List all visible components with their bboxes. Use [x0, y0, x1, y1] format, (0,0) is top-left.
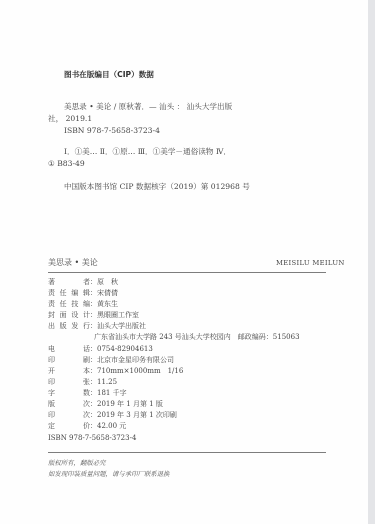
row-value: 2019 年 1 月第 1 版 — [97, 400, 163, 409]
row-label: 电 话 — [48, 345, 90, 354]
row-value: 0754-82904613 — [97, 345, 153, 354]
cip-data-number: 中国版本图书馆 CIP 数据核字（2019）第 012968 号 — [64, 182, 250, 192]
row-label: 字 数 — [48, 389, 90, 398]
row-value: 北京市金星印务有限公司 — [97, 356, 174, 365]
cip-classification-line2: ① B83-49 — [48, 159, 85, 169]
row-label: 责任编辑 — [48, 289, 90, 298]
row-label: 版 次 — [48, 400, 90, 409]
row-label: 著 者 — [48, 278, 90, 287]
row-label: 印 张 — [48, 378, 90, 387]
cip-isbn: ISBN 978-7-5658-3723-4 — [64, 126, 160, 136]
colophon-row: 开 本：710mm×1000mm 1/16 — [48, 367, 183, 376]
colophon-row: 责任技编：黄东生 — [48, 300, 118, 309]
colophon-row: 著 者：原 秋 — [48, 278, 118, 287]
row-value: 汕头大学出版社 — [97, 322, 146, 331]
row-value: 2019 年 3 月第 1 次印刷 — [97, 411, 177, 420]
book-title-pinyin: MEISILU MEILUN — [276, 258, 345, 268]
colophon-row: 版 次：2019 年 1 月第 1 版 — [48, 400, 163, 409]
row-label: 责任技编 — [48, 300, 90, 309]
footer-rule — [48, 452, 326, 453]
row-value: 181 千字 — [97, 389, 127, 398]
cip-entry-line1: 美思录 • 美论 / 原秋著．— 汕头 ： 汕头大学出版 — [64, 102, 232, 112]
colophon-row: 电 话：0754-82904613 — [48, 345, 153, 354]
copyright-notice: 版权所有，翻版必究 — [48, 458, 106, 467]
print-quality-notice: 如发现印装质量问题，请与承印厂联系退换 — [48, 469, 169, 478]
scrollbar-track[interactable] — [368, 0, 375, 524]
header-rule — [48, 272, 326, 273]
row-label: 印 次 — [48, 411, 90, 420]
colophon-address: 广东省汕头市大学路 243 号汕头大学校园内 邮政编码：515063 — [94, 333, 300, 342]
row-value: 黄东生 — [97, 300, 118, 309]
copyright-page: 图书在版编目（CIP）数据 美思录 • 美论 / 原秋著．— 汕头 ： 汕头大学… — [0, 0, 368, 524]
row-label: 封面设计 — [48, 311, 90, 320]
row-value: 黑眼圈工作室 — [97, 311, 139, 320]
row-value: 广东省汕头市大学路 243 号汕头大学校园内 邮政编码：515063 — [94, 333, 300, 342]
colophon-row: 出版发行：汕头大学出版社 — [48, 322, 146, 331]
cip-title: 图书在版编目（CIP）数据 — [64, 70, 154, 80]
colophon-row: 印 刷：北京市金星印务有限公司 — [48, 356, 174, 365]
colophon-row: 印 次：2019 年 3 月第 1 次印刷 — [48, 411, 177, 420]
row-value: 710mm×1000mm 1/16 — [97, 367, 183, 376]
colophon-isbn: ISBN 978-7-5658-3723-4 — [48, 434, 136, 443]
row-label: 出版发行 — [48, 322, 90, 331]
row-label: 定 价 — [48, 422, 90, 431]
colophon-row: 定 价：42.00 元 — [48, 422, 126, 431]
book-title: 美思录 • 美论 — [48, 258, 98, 268]
row-label: 印 刷 — [48, 356, 90, 365]
colophon-row: 责任编辑：宋倩倩 — [48, 289, 118, 298]
row-value: 42.00 元 — [97, 422, 126, 431]
cip-classification-line1: Ⅰ．①美… Ⅱ．①原… Ⅲ．①美学－通俗读物 Ⅳ． — [64, 147, 231, 157]
row-label: 开 本 — [48, 367, 90, 376]
row-value: 11.25 — [97, 378, 117, 387]
colophon-row: 印 张：11.25 — [48, 378, 117, 387]
cip-entry-line2: 社， 2019.1 — [48, 114, 92, 124]
colophon-row: 字 数：181 千字 — [48, 389, 127, 398]
row-value: 原 秋 — [97, 278, 118, 287]
colophon-row: 封面设计：黑眼圈工作室 — [48, 311, 139, 320]
row-value: 宋倩倩 — [97, 289, 118, 298]
